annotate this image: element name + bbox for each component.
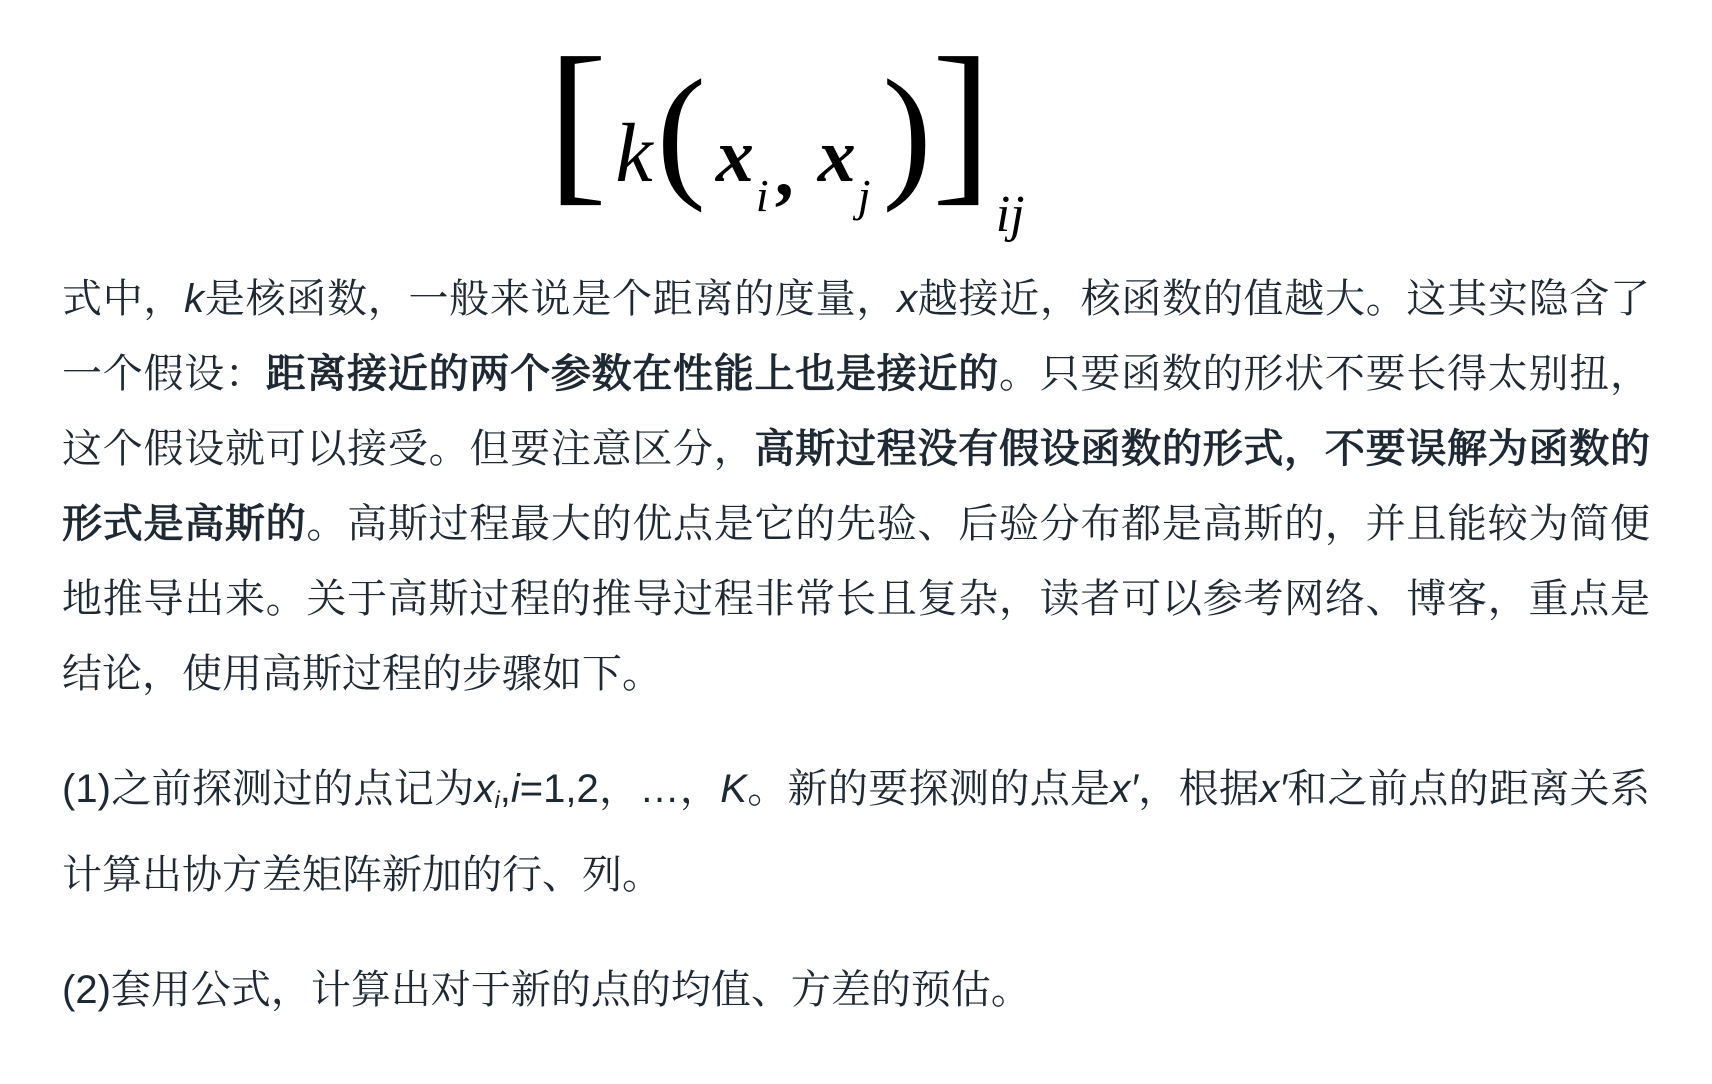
formula-subscript-j: j [858,170,871,221]
text-run: =1,2，…， [520,767,720,811]
text-run: 式中， [62,277,184,321]
text-run: ，根据 [1138,767,1259,811]
step-1-paragraph: (1)之前探测过的点记为xi,i=1,2，…，K。新的要探测的点是x′，根据x′… [62,752,1650,913]
formula-comma: , [775,128,794,212]
formula-kernel-k: k [615,107,652,200]
formula-outer-subscript-ij: ij [996,186,1025,243]
formula-x-i: x [716,114,754,198]
text-run: , [500,767,511,811]
step-2-paragraph: (2)套用公式，计算出对于新的点的均值、方差的预估。 [62,953,1650,1028]
inline-math-x: x [474,767,494,811]
bold-emphasis-assumption: 距离接近的两个参数在性能上也是接近的 [266,352,999,396]
formula-close-bracket: ] [932,21,992,220]
paragraph-kernel-explanation: 式中，k是核函数，一般来说是个距离的度量，x越接近，核函数的值越大。这其实隐含了… [62,262,1650,712]
text-run: (2)套用公式，计算出对于新的点的均值、方差的预估。 [62,968,1031,1012]
formula-close-paren: ) [882,50,931,214]
text-run: 是核函数，一般来说是个距离的度量， [204,277,897,321]
inline-math-x-prime: x′ [1259,767,1287,811]
formula-x-j: x [818,114,856,198]
inline-math-i: i [511,767,520,811]
formula-open-bracket: [ [547,21,607,220]
text-run: 。新的要探测的点是 [747,767,1111,811]
article-body: 式中，k是核函数，一般来说是个距离的度量，x越接近，核函数的值越大。这其实隐含了… [0,262,1712,1028]
formula-open-paren: ( [657,50,706,214]
inline-math-k: k [184,277,204,321]
inline-math-x-prime: x′ [1110,767,1138,811]
inline-math-K: K [720,767,747,811]
formula-subscript-i: i [756,170,769,221]
text-run: (1)之前探测过的点记为 [62,767,474,811]
formula-kernel-matrix: [k(xi,xj)]ij [0,18,1642,228]
inline-math-x: x [897,277,917,321]
